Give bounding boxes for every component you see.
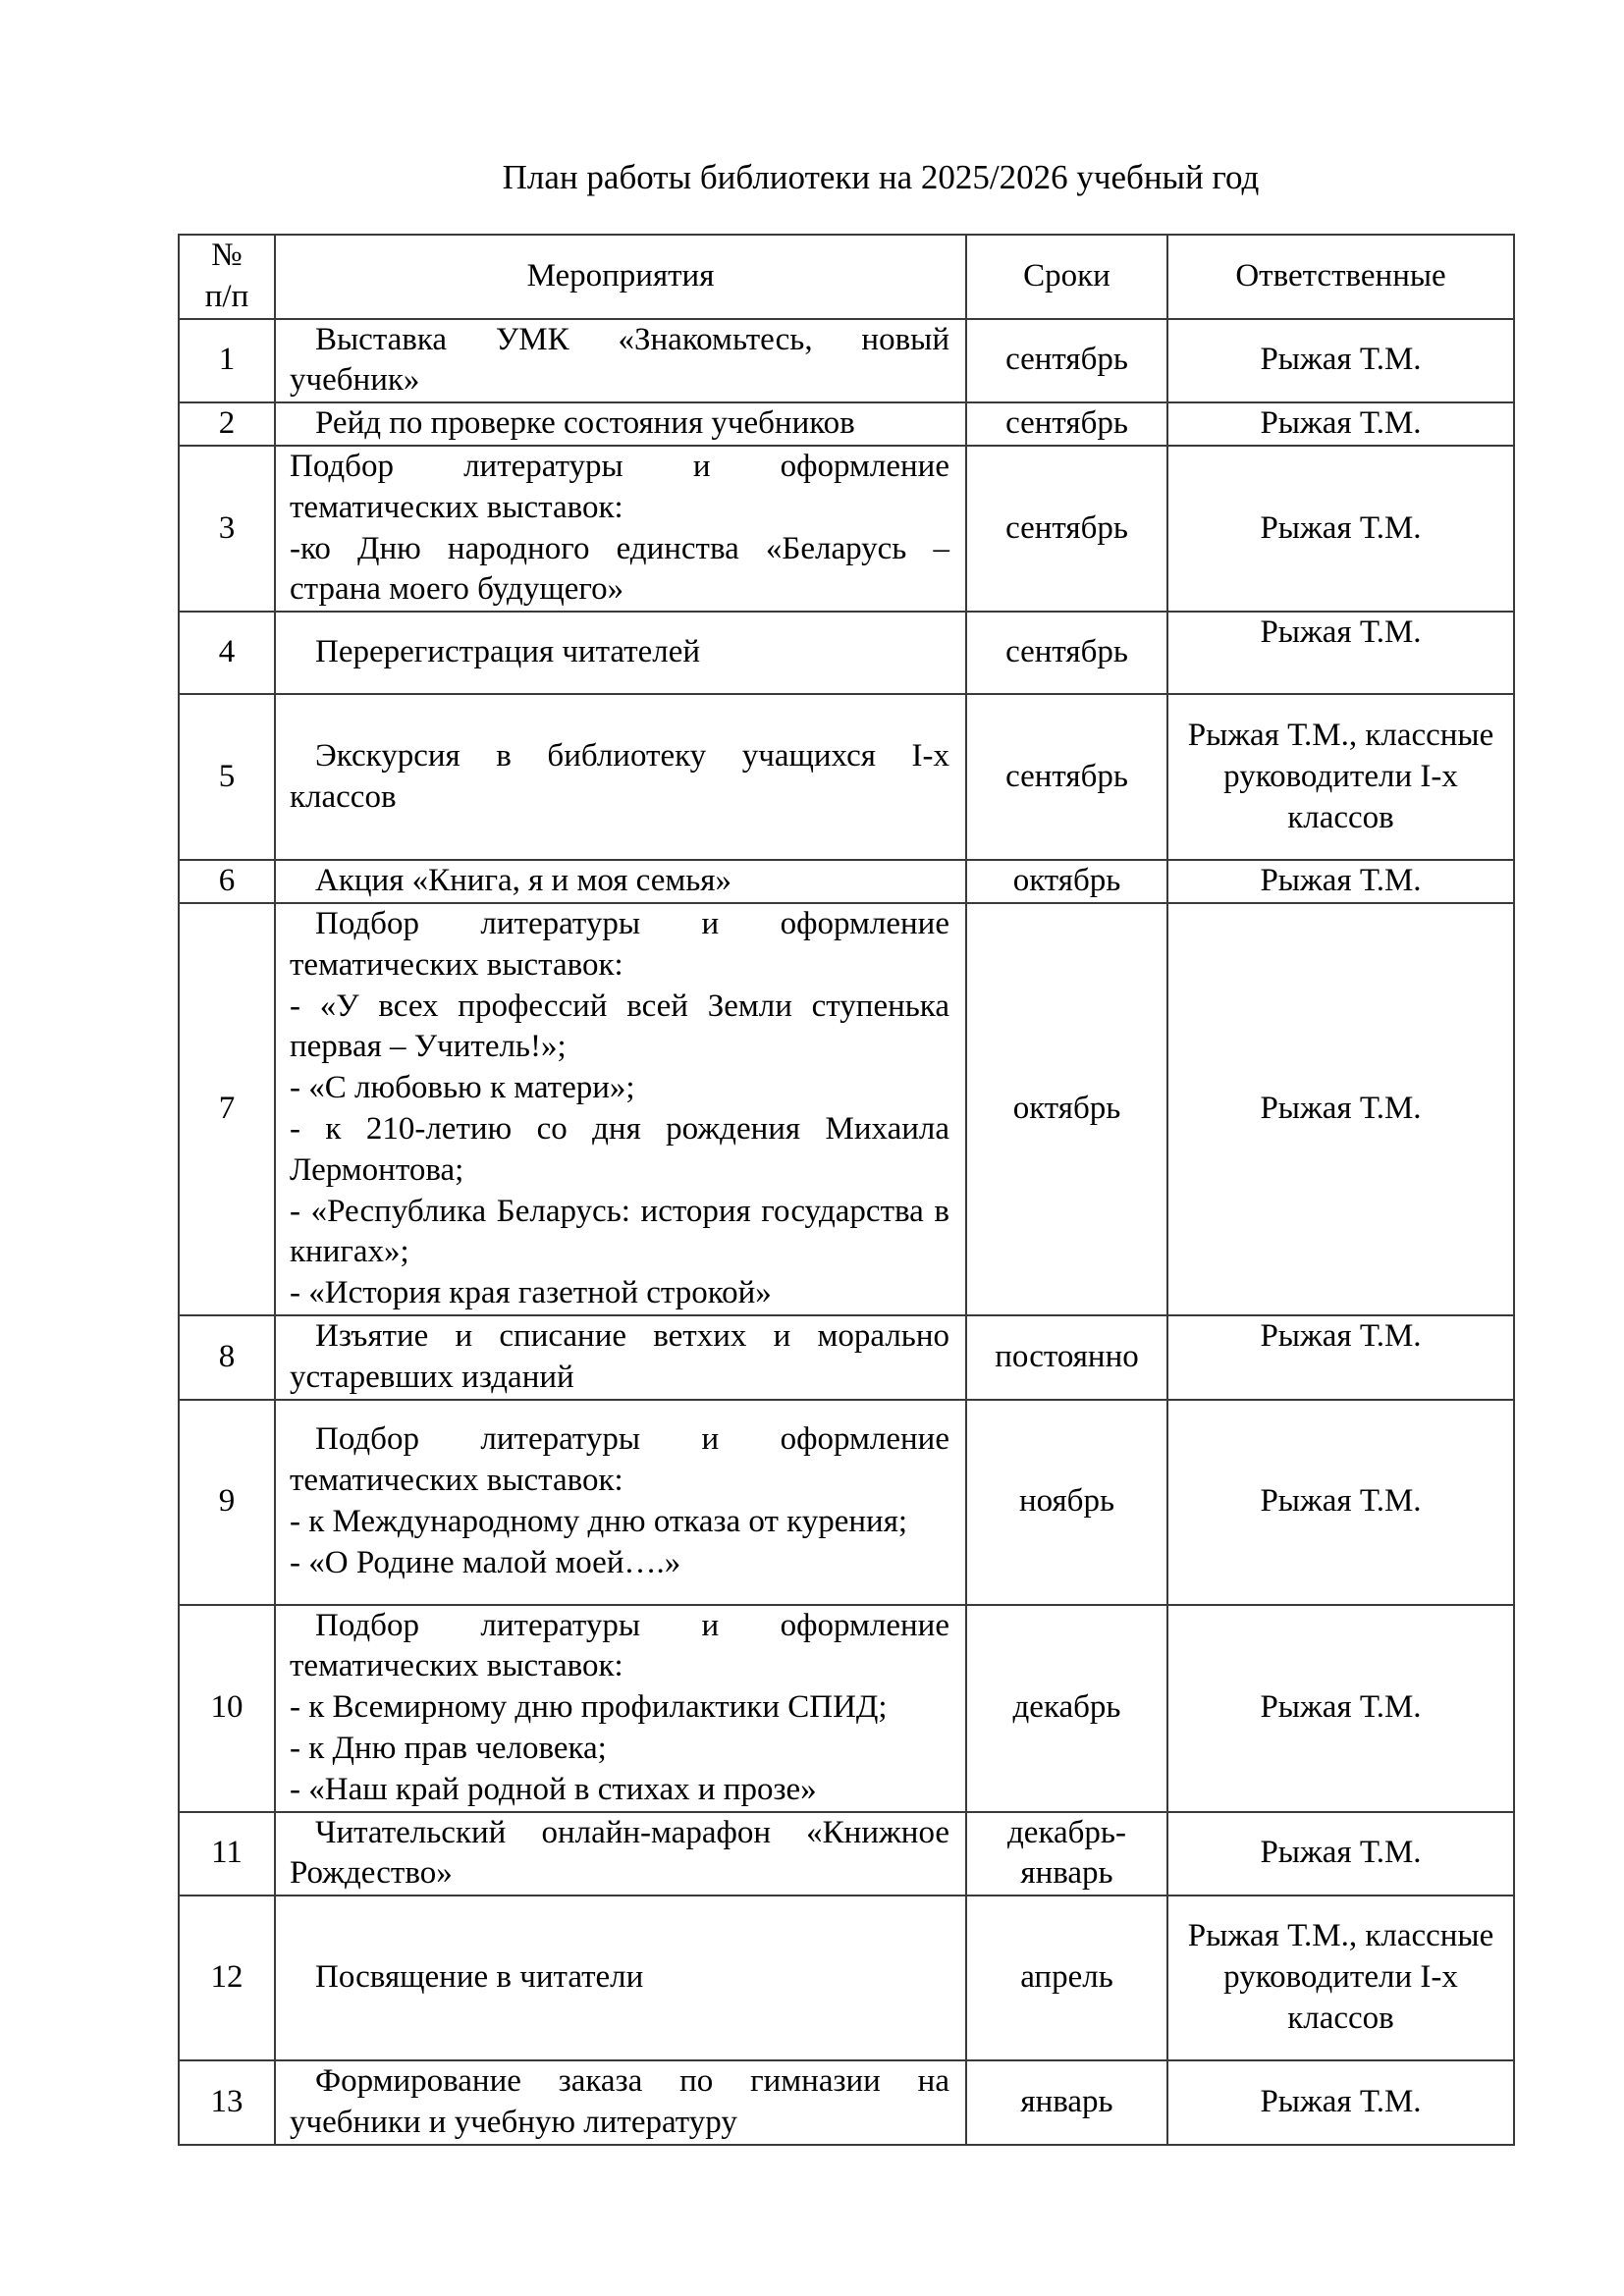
row-responsible: Рыжая Т.М.	[1167, 446, 1514, 612]
row-event: Экскурсия в библиотеку учащихся I-х клас…	[275, 694, 966, 860]
row-term: декабрь-январь	[966, 1812, 1167, 1896]
event-line: - «Республика Беларусь: история государс…	[290, 1192, 949, 1274]
header-event: Мероприятия	[275, 235, 966, 319]
row-responsible: Рыжая Т.М.	[1167, 903, 1514, 1315]
table-row: 13Формирование заказа по гимназии на уче…	[179, 2060, 1514, 2145]
table-row: 10Подбор литературы и оформление тематич…	[179, 1605, 1514, 1812]
row-responsible: Рыжая Т.М.	[1167, 860, 1514, 903]
row-number: 2	[179, 402, 275, 446]
event-line: Посвящение в читатели	[290, 1957, 949, 1999]
row-number: 8	[179, 1315, 275, 1400]
row-event: Изъятие и списание ветхих и морально уст…	[275, 1315, 966, 1400]
row-number: 11	[179, 1812, 275, 1896]
row-term: апрель	[966, 1896, 1167, 2060]
row-event: Подбор литературы и оформление тематичес…	[275, 903, 966, 1315]
row-responsible: Рыжая Т.М.	[1167, 1315, 1514, 1400]
header-term: Сроки	[966, 235, 1167, 319]
row-responsible: Рыжая Т.М.	[1167, 319, 1514, 403]
event-line: Акция «Книга, я и моя семья»	[290, 861, 949, 902]
event-line: Подбор литературы и оформление тематичес…	[290, 904, 949, 987]
row-number: 12	[179, 1896, 275, 2060]
event-line: Подбор литературы и оформление тематичес…	[290, 1419, 949, 1502]
row-number: 13	[179, 2060, 275, 2145]
event-line: - «У всех профессий всей Земли ступенька…	[290, 987, 949, 1069]
header-num: № п/п	[179, 235, 275, 319]
event-line: Экскурсия в библиотеку учащихся I-х клас…	[290, 736, 949, 819]
row-term: постоянно	[966, 1315, 1167, 1400]
row-term: октябрь	[966, 903, 1167, 1315]
event-line: Формирование заказа по гимназии на учебн…	[290, 2061, 949, 2144]
row-term: ноябрь	[966, 1400, 1167, 1605]
table-row: 11Читательский онлайн-марафон «Книжное Р…	[179, 1812, 1514, 1896]
row-responsible: Рыжая Т.М.	[1167, 612, 1514, 694]
row-responsible: Рыжая Т.М., классные руководители I-х кл…	[1167, 694, 1514, 860]
row-event: Подбор литературы и оформление тематичес…	[275, 1400, 966, 1605]
event-line: Читательский онлайн-марафон «Книжное Рож…	[290, 1813, 949, 1896]
table-row: 4Перерегистрация читателейсентябрьРыжая …	[179, 612, 1514, 694]
row-term: сентябрь	[966, 694, 1167, 860]
event-line: - «История края газетной строкой»	[290, 1273, 949, 1314]
table-row: 9Подбор литературы и оформление тематиче…	[179, 1400, 1514, 1605]
row-responsible: Рыжая Т.М., классные руководители I-х кл…	[1167, 1896, 1514, 2060]
row-term: сентябрь	[966, 402, 1167, 446]
header-num-abbr: п/п	[205, 279, 249, 314]
row-responsible: Рыжая Т.М.	[1167, 1605, 1514, 1812]
row-number: 3	[179, 446, 275, 612]
header-num-symbol: №	[211, 238, 243, 273]
row-responsible: Рыжая Т.М.	[1167, 2060, 1514, 2145]
header-responsible: Ответственные	[1167, 235, 1514, 319]
table-row: 8Изъятие и списание ветхих и морально ус…	[179, 1315, 1514, 1400]
row-responsible: Рыжая Т.М.	[1167, 1400, 1514, 1605]
row-number: 1	[179, 319, 275, 403]
row-number: 10	[179, 1605, 275, 1812]
row-event: Рейд по проверке состояния учебников	[275, 402, 966, 446]
event-line: - «Наш край родной в стихах и прозе»	[290, 1770, 949, 1811]
library-plan-table: № п/п Мероприятия Сроки Ответственные 1В…	[178, 234, 1515, 2146]
row-event: Перерегистрация читателей	[275, 612, 966, 694]
row-number: 4	[179, 612, 275, 694]
row-event: Выставка УМК «Знакомьтесь, новый учебник…	[275, 319, 966, 403]
event-line: -ко Дню народного единства «Беларусь – с…	[290, 529, 949, 612]
row-event: Посвящение в читатели	[275, 1896, 966, 2060]
table-row: 7Подбор литературы и оформление тематиче…	[179, 903, 1514, 1315]
table-row: 1Выставка УМК «Знакомьтесь, новый учебни…	[179, 319, 1514, 403]
row-term: сентябрь	[966, 319, 1167, 403]
event-line: Подбор литературы и оформление тематичес…	[290, 447, 949, 529]
event-line: Изъятие и списание ветхих и морально уст…	[290, 1316, 949, 1399]
row-number: 5	[179, 694, 275, 860]
table-row: 6Акция «Книга, я и моя семья»октябрьРыжа…	[179, 860, 1514, 903]
event-line: - к Всемирному дню профилактики СПИД;	[290, 1687, 949, 1729]
event-line: Подбор литературы и оформление тематичес…	[290, 1606, 949, 1688]
table-header-row: № п/п Мероприятия Сроки Ответственные	[179, 235, 1514, 319]
row-term: сентябрь	[966, 446, 1167, 612]
row-number: 6	[179, 860, 275, 903]
event-line: - к Международному дню отказа от курения…	[290, 1502, 949, 1543]
table-row: 3Подбор литературы и оформление тематиче…	[179, 446, 1514, 612]
row-event: Читательский онлайн-марафон «Книжное Рож…	[275, 1812, 966, 1896]
row-term: декабрь	[966, 1605, 1167, 1812]
table-row: 2Рейд по проверке состояния учебниковсен…	[179, 402, 1514, 446]
row-event: Подбор литературы и оформление тематичес…	[275, 446, 966, 612]
event-line: Перерегистрация читателей	[290, 632, 949, 673]
event-line: - к 210-летию со дня рождения Михаила Ле…	[290, 1109, 949, 1192]
row-term: сентябрь	[966, 612, 1167, 694]
event-line: - «О Родине малой моей….»	[290, 1543, 949, 1584]
row-term: октябрь	[966, 860, 1167, 903]
event-line: - к Дню прав человека;	[290, 1729, 949, 1770]
row-event: Акция «Книга, я и моя семья»	[275, 860, 966, 903]
table-row: 5Экскурсия в библиотеку учащихся I-х кла…	[179, 694, 1514, 860]
page-title: План работы библиотеки на 2025/2026 учеб…	[0, 157, 1624, 198]
row-event: Подбор литературы и оформление тематичес…	[275, 1605, 966, 1812]
row-responsible: Рыжая Т.М.	[1167, 402, 1514, 446]
event-line: - «С любовью к матери»;	[290, 1068, 949, 1109]
event-line: Рейд по проверке состояния учебников	[290, 403, 949, 445]
row-number: 9	[179, 1400, 275, 1605]
table-row: 12Посвящение в читателиапрельРыжая Т.М.,…	[179, 1896, 1514, 2060]
event-line: Выставка УМК «Знакомьтесь, новый учебник…	[290, 320, 949, 402]
row-number: 7	[179, 903, 275, 1315]
row-term: январь	[966, 2060, 1167, 2145]
row-responsible: Рыжая Т.М.	[1167, 1812, 1514, 1896]
row-event: Формирование заказа по гимназии на учебн…	[275, 2060, 966, 2145]
